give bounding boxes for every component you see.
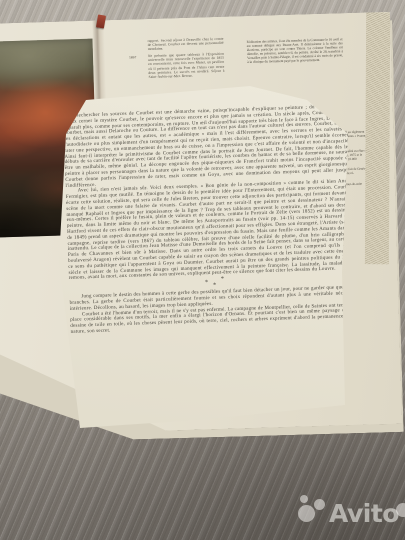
chronology-right-column: Fédération des artistes, il est élu memb… [247, 37, 344, 67]
avito-logo-circle-icon [298, 505, 315, 522]
book-photo: rapport. Second séjour à Deauville chez … [0, 0, 405, 540]
avito-logo-circle-icon [300, 495, 308, 503]
chronology-intro-paragraph: rapport. Second séjour à Deauville chez … [147, 37, 223, 52]
main-text-block: Rechercher les sources de Courbet est un… [63, 104, 357, 344]
avito-wordmark: Avito [329, 499, 399, 528]
asterisk-glyph: * [213, 283, 217, 289]
chronology-year: 1867 [129, 56, 137, 60]
main-paragraph-2: Avec lui, rien n'est jamais sûr. Voici d… [66, 179, 355, 282]
chronology-entry-text: Ne présente que quatre tableaux à l'Expo… [148, 52, 225, 79]
avito-logo-circle-icon [314, 499, 325, 510]
main-paragraph-1: Rechercher les sources de Courbet est un… [63, 104, 351, 189]
chronology-entry: 1867 Ne présente que quatre tableaux à l… [129, 52, 225, 79]
asterisk-glyph: * [205, 280, 209, 286]
chronology-left-column: rapport. Second séjour à Deauville chez … [129, 37, 225, 83]
page-fore-edge [365, 12, 390, 264]
asterisk-glyph: * [221, 277, 225, 283]
chronology-right-text: Fédération des artistes, il est élu memb… [247, 37, 344, 64]
